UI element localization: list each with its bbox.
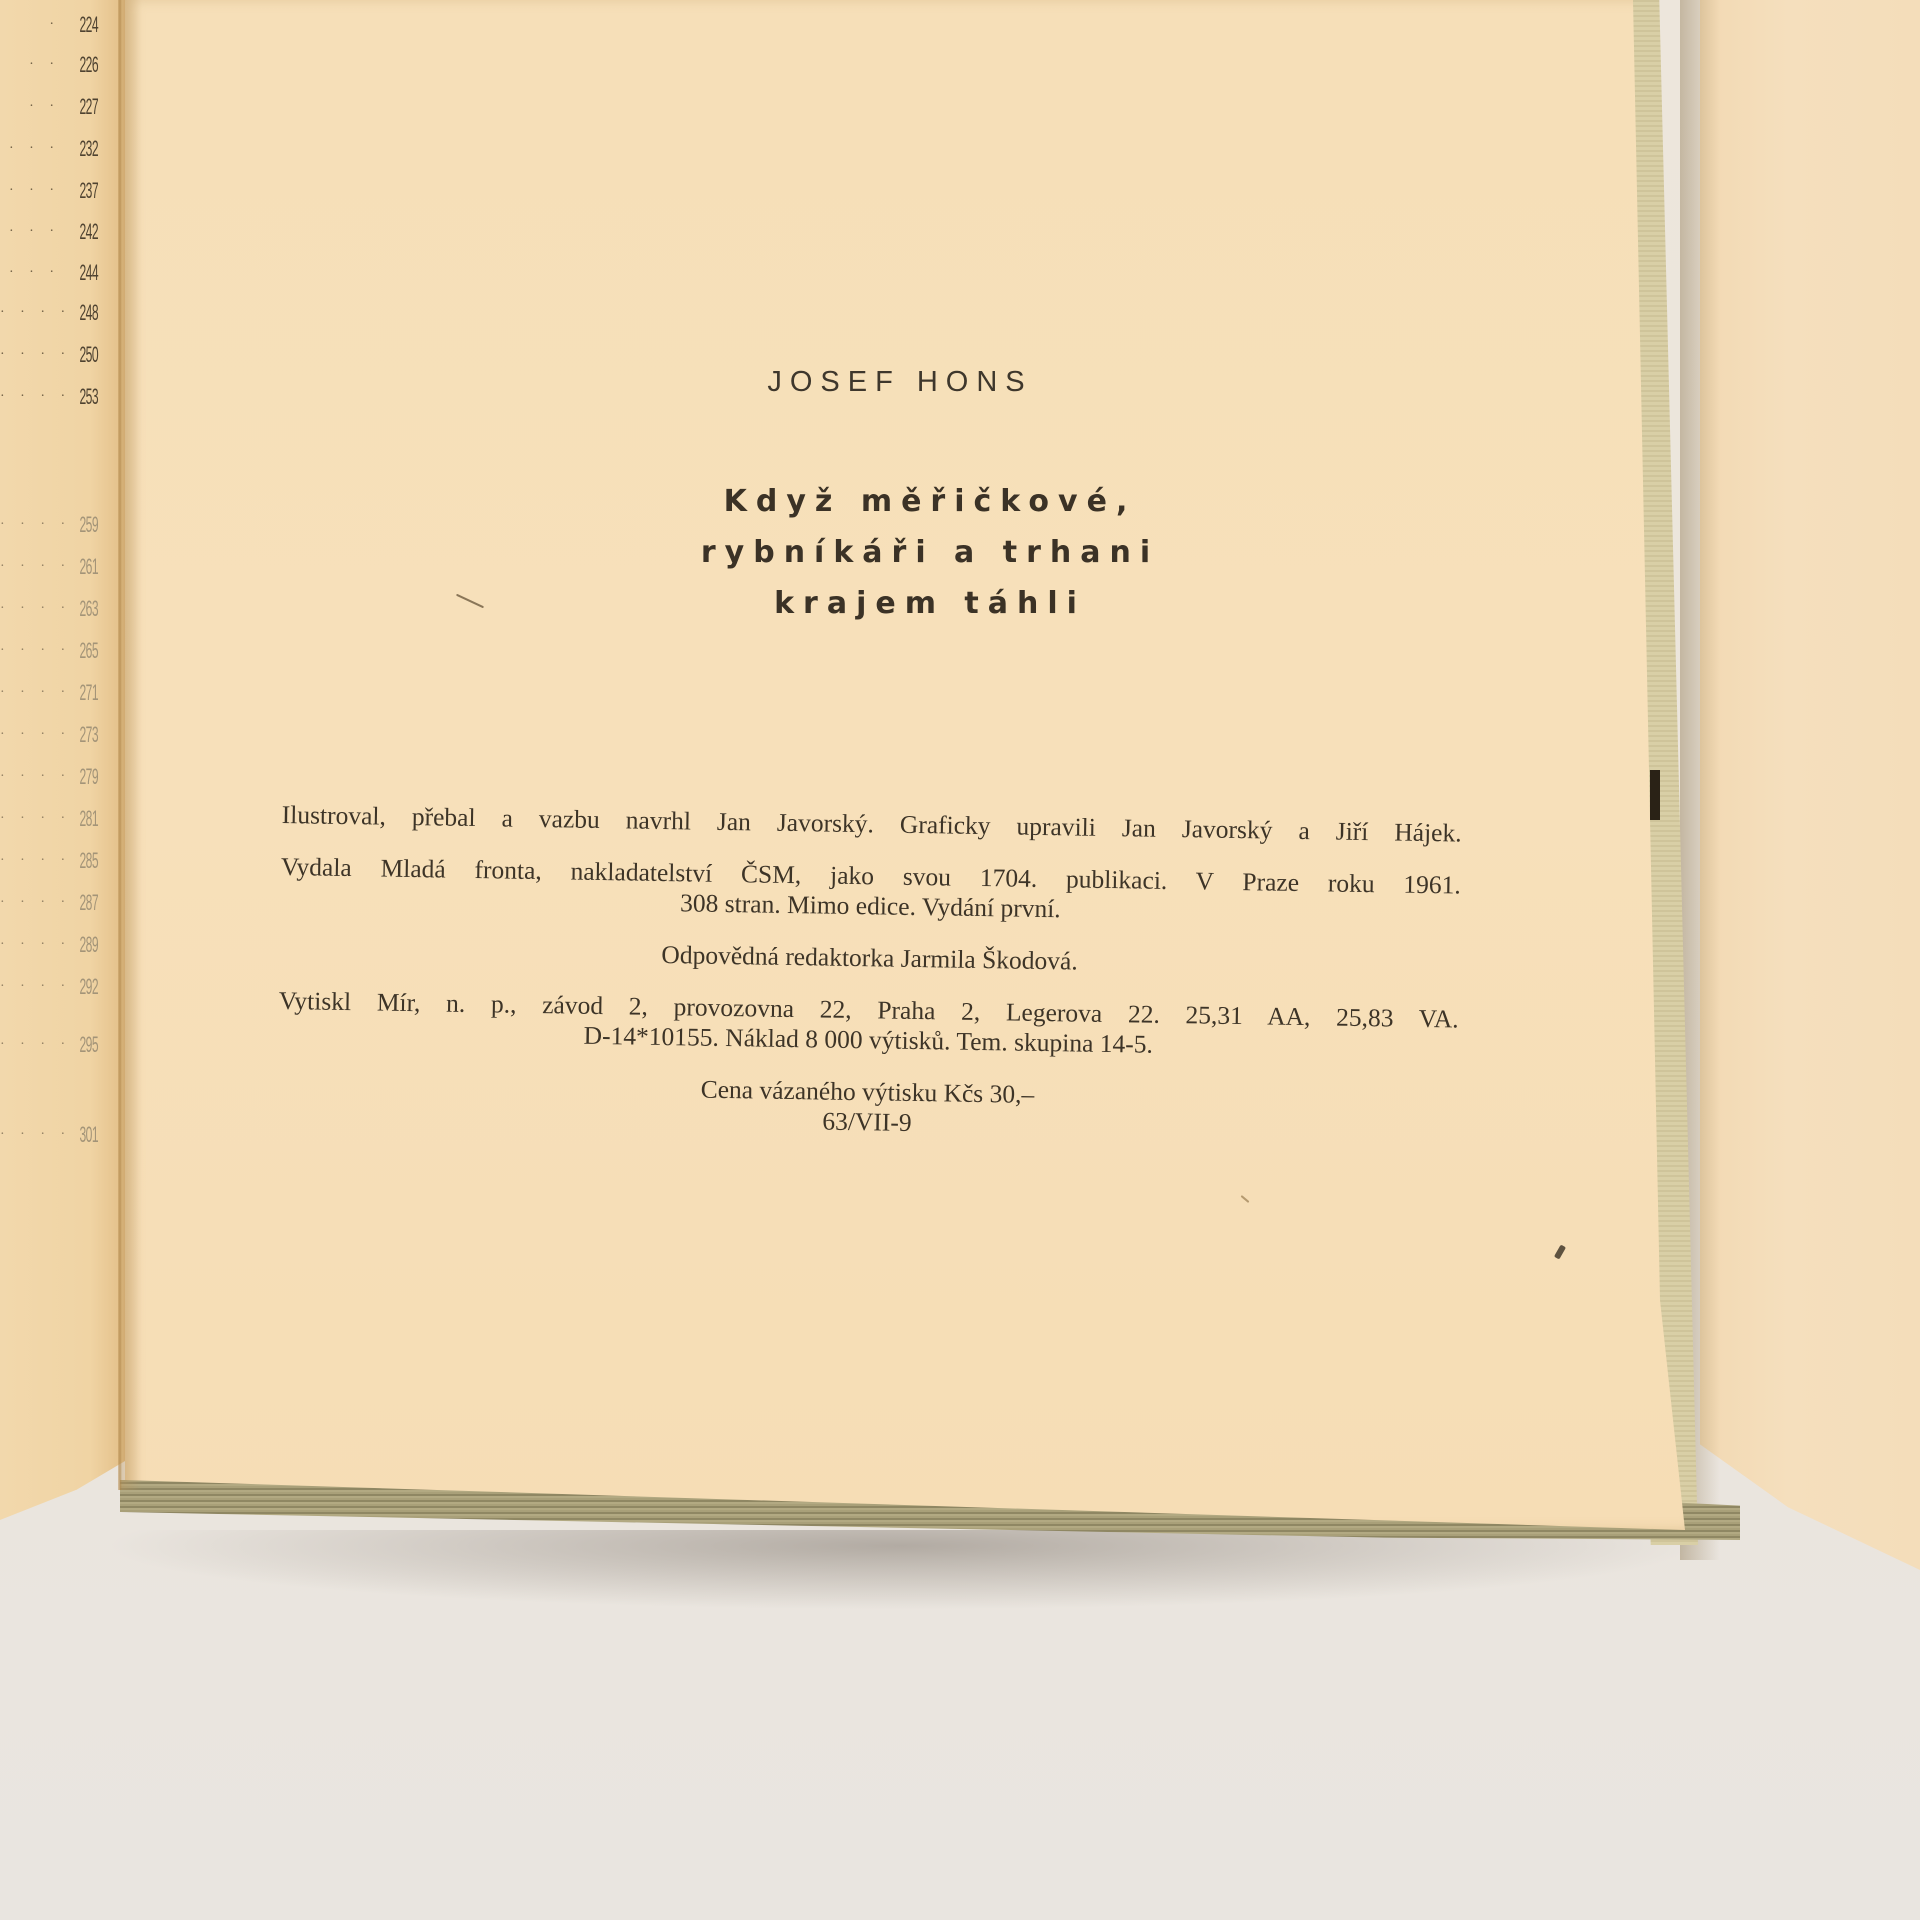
toc-page-number: 226	[80, 52, 97, 78]
toc-row: · · ·237	[0, 176, 96, 206]
leader-dots: · · · ·	[0, 347, 66, 363]
toc-row: · · · · ·295	[0, 1030, 96, 1060]
leader-dots: · · ·	[0, 224, 66, 240]
toc-row: · · · · ·287	[0, 888, 96, 918]
toc-page-number: 237	[80, 178, 97, 204]
toc-row: · · · · ·301	[0, 1120, 96, 1150]
toc-row: · · · · ·259	[0, 510, 96, 540]
toc-page-number: 227	[80, 94, 97, 120]
toc-row: · · · · ·289	[0, 930, 96, 960]
title-line: rybníkáři a trhani	[560, 527, 1300, 578]
leader-dots: · · ·	[0, 141, 66, 157]
toc-row: · · · · ·285	[0, 846, 96, 876]
toc-page-number: 301	[80, 1122, 97, 1148]
toc-row: · · · ·248	[0, 298, 96, 328]
toc-page-number: 289	[80, 932, 97, 958]
toc-page-number: 265	[80, 638, 97, 664]
toc-page-number: 273	[80, 722, 97, 748]
toc-row: · · · · ·273	[0, 720, 96, 750]
toc-page-number: 224	[80, 12, 97, 38]
toc-row: · · · · ·261	[0, 552, 96, 582]
leader-dots: ·	[0, 17, 66, 33]
toc-page-number: 250	[80, 342, 97, 368]
leader-dots: · · · ·	[0, 305, 66, 321]
toc-row: · · · · ·292	[0, 972, 96, 1002]
toc-page-number: 248	[80, 300, 97, 326]
toc-row: · · ·232	[0, 134, 96, 164]
toc-row: · ·226	[0, 50, 96, 80]
cover-print-mark	[1650, 770, 1660, 820]
toc-row: · · · · ·271	[0, 678, 96, 708]
toc-page-number: 271	[80, 680, 97, 706]
toc-page-number: 281	[80, 806, 97, 832]
book-title: Když měřičkové, rybníkáři a trhani kraje…	[560, 476, 1300, 629]
toc-row: · ·227	[0, 92, 96, 122]
toc-row: · · ·244	[0, 258, 96, 288]
leader-dots: · · · · ·	[0, 727, 66, 743]
toc-page-number: 263	[80, 596, 97, 622]
leader-dots: · · · · ·	[0, 979, 66, 995]
title-line: krajem táhli	[560, 578, 1300, 629]
toc-page-number: 242	[80, 219, 97, 245]
table-shadow	[100, 1530, 1700, 1610]
leader-dots: · · · · ·	[0, 601, 66, 617]
leader-dots: · ·	[0, 57, 66, 73]
toc-page-number: 232	[80, 136, 97, 162]
leader-dots: · · · · ·	[0, 769, 66, 785]
spine-shadow	[118, 0, 142, 1490]
dust-jacket-flap	[1700, 0, 1920, 1570]
leader-dots: · · · · ·	[0, 685, 66, 701]
leader-dots: · · · · ·	[0, 1037, 66, 1053]
title-page	[125, 0, 1685, 1530]
toc-page-number: 285	[80, 848, 97, 874]
leader-dots: · · · · ·	[0, 643, 66, 659]
author-name: JOSEF HONS	[0, 366, 1810, 399]
leader-dots: · · ·	[0, 265, 66, 281]
editor-line: Odpovědná redaktorka Jarmila Škodová.	[279, 934, 1459, 983]
leader-dots: · · · · ·	[0, 559, 66, 575]
toc-page-number: 261	[80, 554, 97, 580]
leader-dots: · · · · ·	[0, 517, 66, 533]
toc-page-number: 259	[80, 512, 97, 538]
toc-page-number: 287	[80, 890, 97, 916]
toc-row: · · · · ·279	[0, 762, 96, 792]
book-photo: · 224 · ·226 · ·227 · · ·232 · · ·237 · …	[0, 0, 1920, 1920]
toc-row: · 224	[0, 10, 96, 40]
leader-dots: · · · · ·	[0, 853, 66, 869]
title-line: Když měřičkové,	[560, 476, 1300, 527]
toc-row: · · · · ·263	[0, 594, 96, 624]
toc-page-number: 292	[80, 974, 97, 1000]
leader-dots: · · ·	[0, 183, 66, 199]
toc-page-number: 244	[80, 260, 97, 286]
left-page: · 224 · ·226 · ·227 · · ·232 · · ·237 · …	[0, 0, 128, 1520]
toc-row: · · · · ·265	[0, 636, 96, 666]
leader-dots: · · · · ·	[0, 1127, 66, 1143]
toc-page-number: 295	[80, 1032, 97, 1058]
leader-dots: · · · · ·	[0, 895, 66, 911]
leader-dots: · · · · ·	[0, 937, 66, 953]
toc-row: · · · · ·281	[0, 804, 96, 834]
toc-page-number: 279	[80, 764, 97, 790]
leader-dots: · · · · ·	[0, 811, 66, 827]
toc-row: · · ·242	[0, 217, 96, 247]
imprint-block: Ilustroval, přebal a vazbu navrhl Jan Ja…	[277, 800, 1462, 1168]
leader-dots: · ·	[0, 99, 66, 115]
